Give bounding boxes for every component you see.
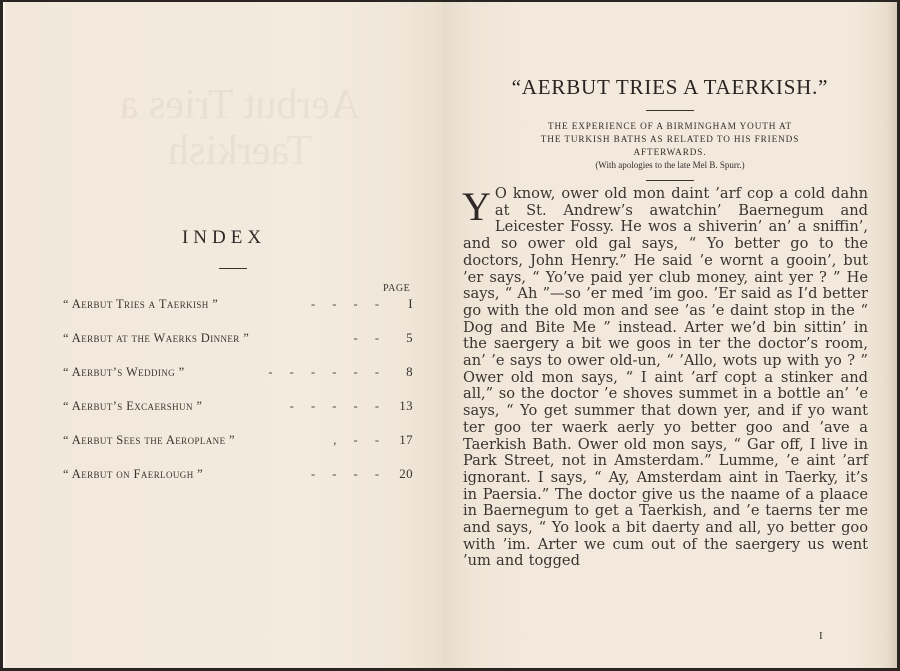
toc-entry-title: “ Aerbut at the Waerks Dinner ” [63,331,249,346]
toc-leader: - - [249,331,389,346]
index-rule [219,268,247,269]
body-text: O know, ower old mon daint ’arf cop a co… [463,185,868,569]
toc-page-number: 5 [389,330,413,346]
toc-entry[interactable]: “ Aerbut’s Wedding ” - - - - - - 8 [63,364,413,398]
toc-entry-title: “ Aerbut on Faerlough ” [63,467,203,482]
toc-page-number: 13 [389,398,413,414]
apology-note: (With apologies to the late Mel B. Spurr… [473,159,867,172]
subtitle-line: AFTERWARDS. [473,146,867,159]
page-column-label: PAGE [383,283,410,294]
subtitle-rule [646,180,694,181]
toc-entry[interactable]: “ Aerbut Tries a Taerkish ” - - - - I [63,296,413,330]
story-subtitle: THE EXPERIENCE OF A BIRMINGHAM YOUTH AT … [473,120,867,172]
toc-page-number: I [389,296,413,312]
subtitle-line: THE EXPERIENCE OF A BIRMINGHAM YOUTH AT [473,120,867,133]
toc-page-number: 8 [389,364,413,380]
index-heading: INDEX [5,227,443,249]
toc-entry-title: “ Aerbut Sees the Aeroplane ” [63,433,235,448]
table-of-contents: “ Aerbut Tries a Taerkish ” - - - - I “ … [63,296,413,500]
toc-page-number: 20 [389,466,413,482]
subtitle-line: THE TURKISH BATHS AS RELATED TO HIS FRIE… [473,133,867,146]
drop-cap: Y [462,190,491,224]
toc-leader: - - - - - - [185,365,389,380]
toc-entry[interactable]: “ Aerbut on Faerlough ” - - - - 20 [63,466,413,500]
page-number: I [819,630,823,642]
toc-entry[interactable]: “ Aerbut’s Excaershun ” - - - - - 13 [63,398,413,432]
story-title: “AERBUT TRIES A TAERKISH.” [463,75,877,100]
toc-leader: - - - - - [202,399,389,414]
toc-entry[interactable]: “ Aerbut Sees the Aeroplane ” , - - 17 [63,432,413,466]
left-page-index: Aerbut Tries aTaerkish INDEX PAGE “ Aerb… [3,2,443,668]
title-rule [646,110,694,111]
toc-entry-title: “ Aerbut Tries a Taerkish ” [63,297,218,312]
toc-leader: , - - [235,433,389,448]
story-body: YO know, ower old mon daint ’arf cop a c… [463,186,868,570]
toc-page-number: 17 [389,432,413,448]
book-spread: Aerbut Tries aTaerkish INDEX PAGE “ Aerb… [3,2,897,668]
toc-entry[interactable]: “ Aerbut at the Waerks Dinner ” - - 5 [63,330,413,364]
toc-leader: - - - - [218,297,389,312]
toc-entry-title: “ Aerbut’s Excaershun ” [63,399,202,414]
toc-entry-title: “ Aerbut’s Wedding ” [63,365,185,380]
right-page-story: “AERBUT TRIES A TAERKISH.” THE EXPERIENC… [443,2,897,668]
toc-leader: - - - - [203,467,389,482]
show-through-text: Aerbut Tries aTaerkish [100,82,380,174]
